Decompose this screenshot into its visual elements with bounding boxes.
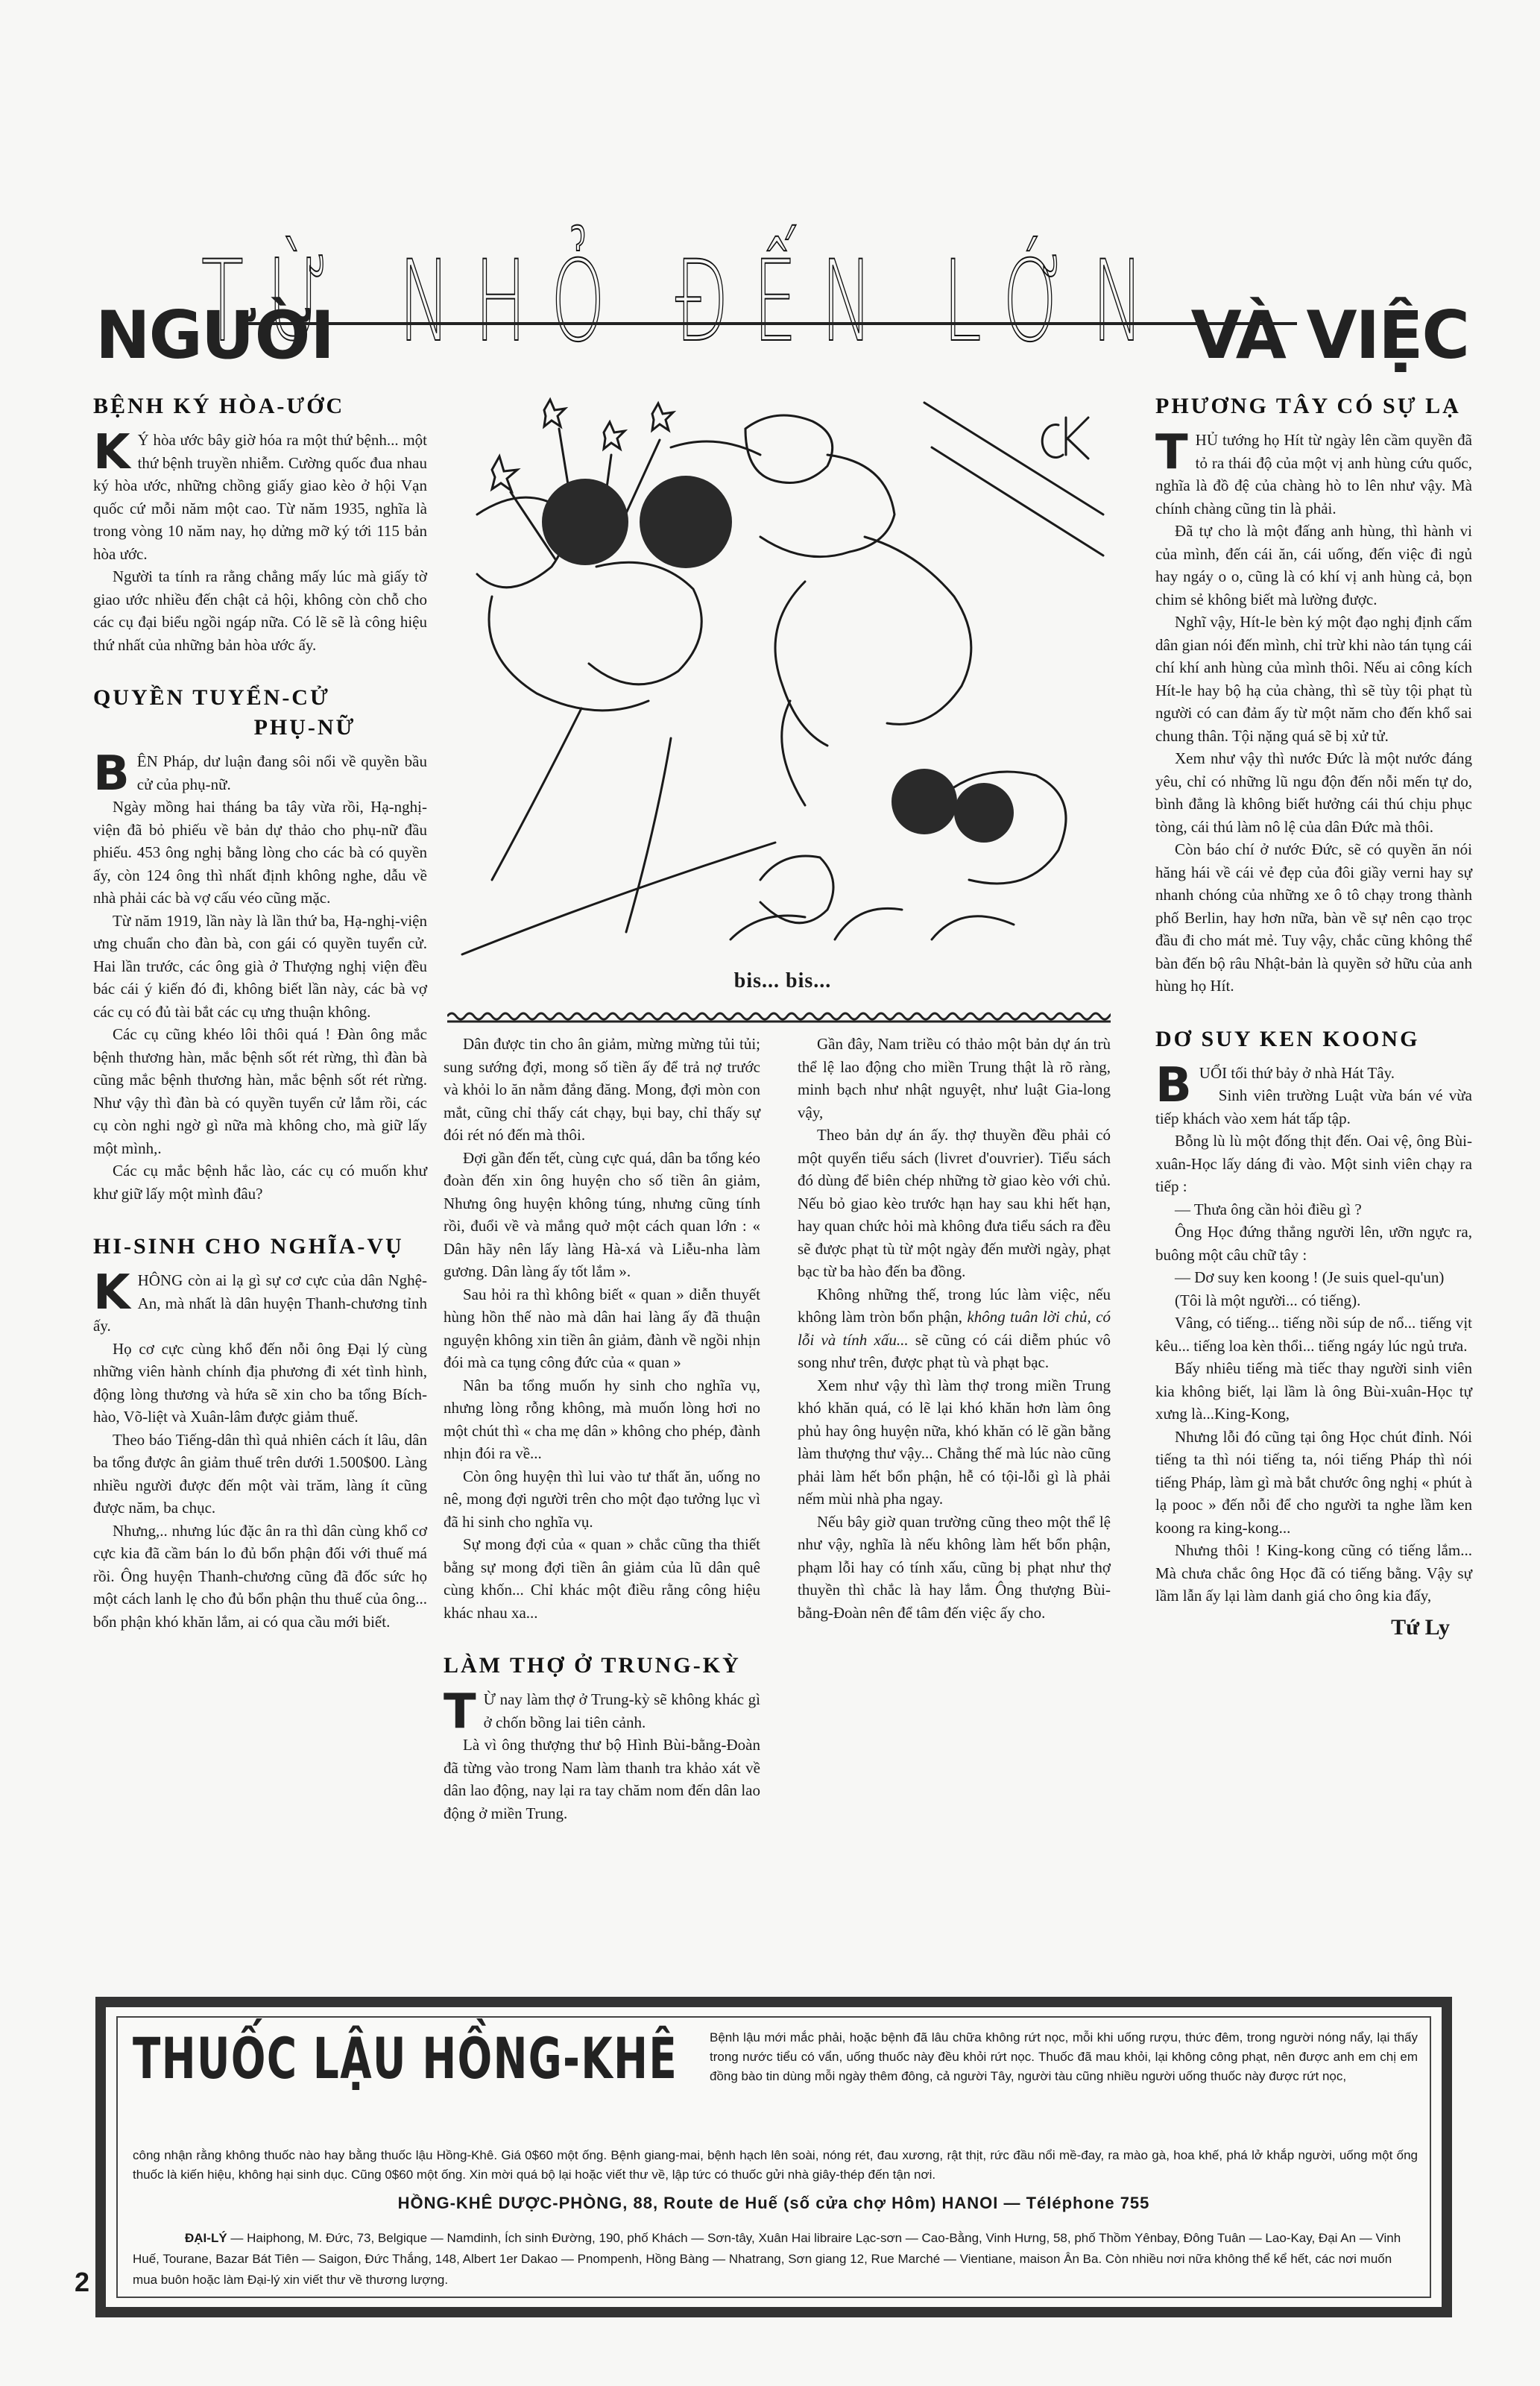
article-paragraph: Vâng, có tiếng... tiếng nồi súp de nổ...… — [1155, 1312, 1472, 1357]
drop-cap: K — [93, 1272, 130, 1314]
masthead-right-word: VÀ VIỆC — [1191, 302, 1468, 369]
drop-cap: T — [1155, 432, 1188, 473]
advertisement-address: HỒNG-KHÊ DƯỢC-PHÒNG, 88, Route de Huế (s… — [106, 2194, 1442, 2213]
boxing-cartoon-icon — [447, 388, 1118, 969]
article-paragraph: Dân được tin cho ân giảm, mừng mừng tủi … — [444, 1033, 760, 1147]
advertisement-dealers: ĐẠI-LÝ — Haiphong, M. Đức, 73, Belgique … — [133, 2228, 1418, 2291]
article-paragraph: Còn ông huyện thì lui vào tư thất ăn, uố… — [444, 1465, 760, 1534]
article-paragraph: Nhưng lỗi đó cũng tại ông Học chút đỉnh.… — [1155, 1426, 1472, 1540]
advertisement-box: THUỐC LẬU HỒNG-KHÊ Bệnh lậu mới mắc phải… — [95, 1997, 1452, 2317]
article-paragraph: Xem như vậy thì nước Đức là một nước đán… — [1155, 747, 1472, 838]
article-paragraph: Họ cơ cực cùng khổ đến nỗi ông Đại lý cù… — [93, 1338, 427, 1429]
column-3: Gần đây, Nam triều có thảo một bản dự án… — [798, 1033, 1111, 1624]
boxing-cartoon-illustration: bis... bis... — [447, 388, 1118, 999]
article-benh-ky-hoa-uoc: BỆNH KÝ HÒA-ƯỚC KÝ hòa ước bây giờ hóa r… — [93, 391, 427, 656]
article-paragraph: Là vì ông thượng thư bộ Hình Bùi-bằng-Đo… — [444, 1734, 760, 1825]
article-paragraph: Người ta tính ra rằng chẳng mấy lúc mà g… — [93, 565, 427, 656]
masthead-rule — [242, 322, 1297, 325]
article-headline: PHƯƠNG TÂY CÓ SỰ LẠ — [1155, 391, 1472, 421]
article-paragraph: Sự mong đợi của « quan » chắc cũng tha t… — [444, 1533, 760, 1624]
article-paragraph: TỪ nay làm thợ ở Trung-kỳ sẽ không khác … — [444, 1688, 760, 1734]
article-paragraph: Các cụ cũng khéo lôi thôi quá ! Đàn ông … — [93, 1023, 427, 1159]
page-number: 2 — [75, 2267, 89, 2298]
masthead-left-word: NGƯỜI — [95, 302, 333, 369]
article-phuong-tay-co-su-la: PHƯƠNG TÂY CÓ SỰ LẠ THỦ tướng họ Hít từ … — [1155, 391, 1472, 998]
masthead: TỪ NHỎ ĐẾN LỚN NGƯỜI VÀ VIỆC — [82, 239, 1483, 365]
article-paragraph: Các cụ mắc bệnh hắc lào, các cụ có muốn … — [93, 1159, 427, 1205]
article-headline: LÀM THỢ Ở TRUNG-KỲ — [444, 1651, 760, 1681]
article-hi-sinh-cho-nghia-vu: HI-SINH CHO NGHĨA-VỤ KHÔNG còn ai lạ gì … — [93, 1232, 427, 1633]
article-headline: DƠ SUY KEN KOONG — [1155, 1024, 1472, 1054]
article-paragraph: Từ năm 1919, lần này là lần thứ ba, Hạ-n… — [93, 910, 427, 1024]
drop-cap: B — [93, 753, 130, 795]
article-paragraph: Bỗng lù lù một đống thịt đến. Oai vệ, ôn… — [1155, 1130, 1472, 1198]
newspaper-page: TỪ NHỎ ĐẾN LỚN NGƯỜI VÀ VIỆC BỆNH KÝ HÒA… — [0, 0, 1540, 2386]
article-paragraph: Nghĩ vậy, Hít-le bèn ký một đạo nghị địn… — [1155, 611, 1472, 747]
advertisement-blurb: Bệnh lậu mới mắc phải, hoặc bệnh đã lâu … — [710, 2028, 1418, 2086]
article-paragraph: Nếu bây giờ quan trường cũng theo một th… — [798, 1511, 1111, 1625]
article-quyen-tuyen-cu-phu-nu: QUYỀN TUYỂN-CỬ PHỤ-NỮ BÊN Pháp, dư luận … — [93, 683, 427, 1205]
article-do-suy-ken-koong: DƠ SUY KEN KOONG BUỔI tối thứ bảy ở nhà … — [1155, 1024, 1472, 1640]
article-paragraph: — Dơ suy ken koong ! (Je suis quel-qu'un… — [1155, 1266, 1472, 1289]
advertisement-title: THUỐC LẬU HỒNG-KHÊ — [133, 2025, 678, 2092]
article-paragraph: Ông Học đứng thẳng người lên, ưỡn ngực r… — [1155, 1221, 1472, 1266]
article-paragraph: Đã tự cho là một đấng anh hùng, thì hành… — [1155, 520, 1472, 611]
article-paragraph: Theo bản dự án ấy. thợ thuyền đều phải c… — [798, 1124, 1111, 1283]
author-signature: Tứ Ly — [1155, 1617, 1472, 1640]
article-paragraph: Sau hỏi ra thì không biết « quan » diễn … — [444, 1283, 760, 1374]
illustration-caption: bis... bis... — [447, 969, 1118, 993]
article-headline: QUYỀN TUYỂN-CỬ PHỤ-NỮ — [93, 683, 427, 743]
article-paragraph: Xem như vậy thì làm thợ trong miền Trung… — [798, 1374, 1111, 1511]
article-paragraph: Theo báo Tiếng-dân thì quả nhiên cách ít… — [93, 1429, 427, 1520]
drop-cap: K — [93, 432, 130, 473]
article-paragraph: THỦ tướng họ Hít từ ngày lên cầm quyền đ… — [1155, 429, 1472, 520]
article-headline: BỆNH KÝ HÒA-ƯỚC — [93, 391, 427, 421]
article-paragraph: Sinh viên trường Luật vừa bán vé vừa tiế… — [1155, 1084, 1472, 1130]
article-headline: HI-SINH CHO NGHĨA-VỤ — [93, 1232, 427, 1262]
article-paragraph: — Thưa ông cần hỏi điều gì ? — [1155, 1198, 1472, 1221]
article-paragraph: Không những thế, trong lúc làm việc, nếu… — [798, 1283, 1111, 1374]
article-lam-tho-o-trung-ky: LÀM THỢ Ở TRUNG-KỲ TỪ nay làm thợ ở Trun… — [444, 1651, 760, 1825]
article-paragraph: KÝ hòa ước bây giờ hóa ra một thứ bệnh..… — [93, 429, 427, 565]
article-paragraph: KHÔNG còn ai lạ gì sự cơ cực của dân Ngh… — [93, 1269, 427, 1338]
article-hi-sinh-continued: Dân được tin cho ân giảm, mừng mừng tủi … — [444, 1033, 760, 1624]
article-paragraph: BÊN Pháp, dư luận đang sôi nổi về quyền … — [93, 750, 427, 796]
article-paragraph: Còn báo chí ở nước Đức, sẽ có quyền ăn n… — [1155, 838, 1472, 998]
article-paragraph: Nân ba tổng muốn hy sinh cho nghĩa vụ, n… — [444, 1374, 760, 1465]
column-4: PHƯƠNG TÂY CÓ SỰ LẠ THỦ tướng họ Hít từ … — [1155, 391, 1472, 1666]
article-paragraph: (Tôi là một người... có tiếng). — [1155, 1289, 1472, 1312]
drop-cap: T — [444, 1691, 476, 1733]
wavy-divider — [447, 1010, 1111, 1024]
article-paragraph: Nhưng thôi ! King-kong cũng có tiếng lắm… — [1155, 1539, 1472, 1608]
drop-cap: B — [1155, 1065, 1192, 1107]
column-1: BỆNH KÝ HÒA-ƯỚC KÝ hòa ước bây giờ hóa r… — [93, 391, 427, 1660]
article-paragraph: Gần đây, Nam triều có thảo một bản dự án… — [798, 1033, 1111, 1124]
advertisement-blurb-continued: công nhận rằng không thuốc nào hay bằng … — [133, 2146, 1418, 2185]
article-paragraph: Ngày mồng hai tháng ba tây vừa rồi, Hạ-n… — [93, 796, 427, 910]
article-paragraph: BUỔI tối thứ bảy ở nhà Hát Tây. — [1155, 1062, 1472, 1085]
article-paragraph: Bấy nhiêu tiếng mà tiếc thay người sinh … — [1155, 1357, 1472, 1426]
article-paragraph: Nhưng,.. nhưng lúc đặc ân ra thì dân cùn… — [93, 1520, 427, 1634]
column-2: Dân được tin cho ân giảm, mừng mừng tủi … — [444, 1033, 760, 1851]
article-paragraph: Đợi gần đến tết, cùng cực quá, dân ba tổ… — [444, 1147, 760, 1283]
